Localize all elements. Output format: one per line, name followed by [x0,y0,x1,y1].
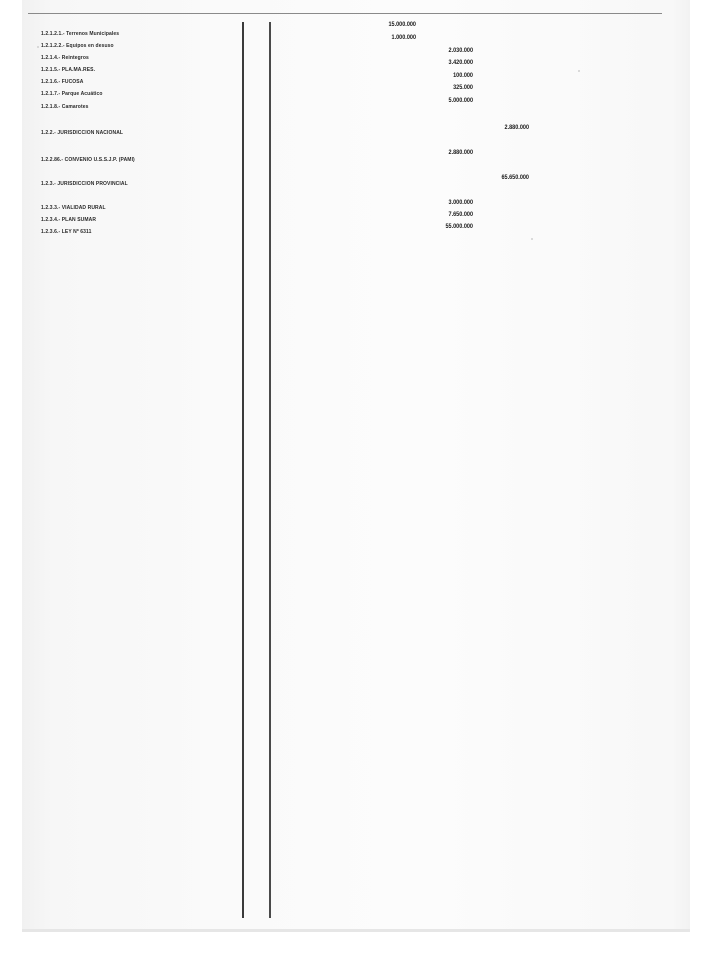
row-label: 1.2.3.4.- PLAN SUMAR [41,217,96,224]
scanned-page [22,0,690,932]
row-amount: 3.420.000 [413,60,473,67]
scan-speck [37,46,39,48]
column-divider-right [269,22,271,918]
top-rule-divider [28,13,662,14]
row-label: 1.2.3.- JURISDICCION PROVINCIAL [41,181,128,188]
row-label: 1.2.1.8.- Camarotes [41,104,88,111]
page-bottom-edge [22,929,690,932]
row-amount: 5.000.000 [413,98,473,105]
row-label: 1.2.1.4.- Reintegros [41,55,89,62]
row-label: 1.2.1.6.- FUCOSA [41,79,83,86]
row-amount: 1.000.000 [356,35,416,42]
row-amount: 100.000 [413,73,473,80]
row-label: 1.2.1.2.1.- Terrenos Municipales [41,31,119,38]
row-amount: 3.000.000 [413,200,473,207]
column-divider-left [242,22,244,918]
row-label: 1.2.3.3.- VIALIDAD RURAL [41,205,106,212]
row-amount: 2.880.000 [413,150,473,157]
row-label: 1.2.3.6.- LEY Nº 6311 [41,229,92,236]
row-label: 1.2.2.- JURISDICCION NACIONAL [41,130,123,137]
row-label: 1.2.2.86.- CONVENIO U.S.S.J.P. (PAMI) [41,157,135,164]
scan-speck [531,238,533,240]
row-amount: 55.000.000 [413,224,473,231]
row-amount: 15.000.000 [356,22,416,29]
row-amount: 325.000 [413,85,473,92]
row-amount: 2.880.000 [469,125,529,132]
row-label: 1.2.1.7.- Parque Acuático [41,91,103,98]
row-amount: 7.650.000 [413,212,473,219]
row-amount: 2.030.000 [413,48,473,55]
row-label: 1.2.1.2.2.- Equipos en desuso [41,43,114,50]
scan-speck [578,70,580,72]
row-amount: 65.650.000 [469,175,529,182]
row-label: 1.2.1.5.- PLA.MA.RES. [41,67,95,74]
